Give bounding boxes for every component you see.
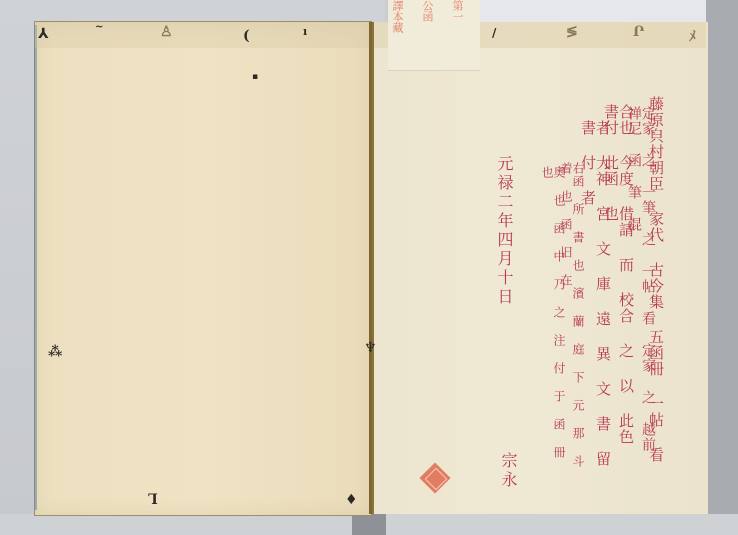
wormhole-mark: ı <box>303 25 307 38</box>
slip-text-column: 第一 <box>452 0 463 22</box>
left-page-edge <box>34 25 37 510</box>
manuscript-column-6: 奧 也 函 中 乃 之 注 付 于 函 冊 也 <box>541 166 565 466</box>
background-bottom-shadow <box>352 514 386 535</box>
left-page-top-band <box>35 22 370 48</box>
book-spine <box>369 22 372 514</box>
wormhole-mark: / <box>492 26 496 40</box>
manuscript-signature: 宗永 <box>500 452 516 490</box>
background-right-strip <box>706 0 738 535</box>
slip-text-column: 譯本藏 <box>392 0 403 33</box>
wormhole-mark: Ꞁ <box>148 492 158 508</box>
wormhole-mark: ﾒ <box>689 26 696 46</box>
wormhole-mark: ( <box>243 28 250 44</box>
left-page <box>34 21 372 516</box>
slip-text-column: 公函 <box>422 0 433 22</box>
wormhole-mark: ⁂ <box>48 344 62 360</box>
wormhole-mark: ▪ <box>252 72 258 82</box>
wormhole-mark: ♆ <box>364 340 377 356</box>
wormhole-mark: ~ <box>95 22 103 33</box>
wormhole-mark: ♦ <box>345 492 358 508</box>
manuscript-date: 元禄二年四月十日 <box>496 155 512 307</box>
wormhole-mark: ♙ <box>160 24 173 40</box>
wormhole-mark: ⅄ <box>38 26 49 42</box>
wormhole-mark: ≶ <box>566 24 578 40</box>
wormhole-mark: Ր <box>633 24 644 40</box>
